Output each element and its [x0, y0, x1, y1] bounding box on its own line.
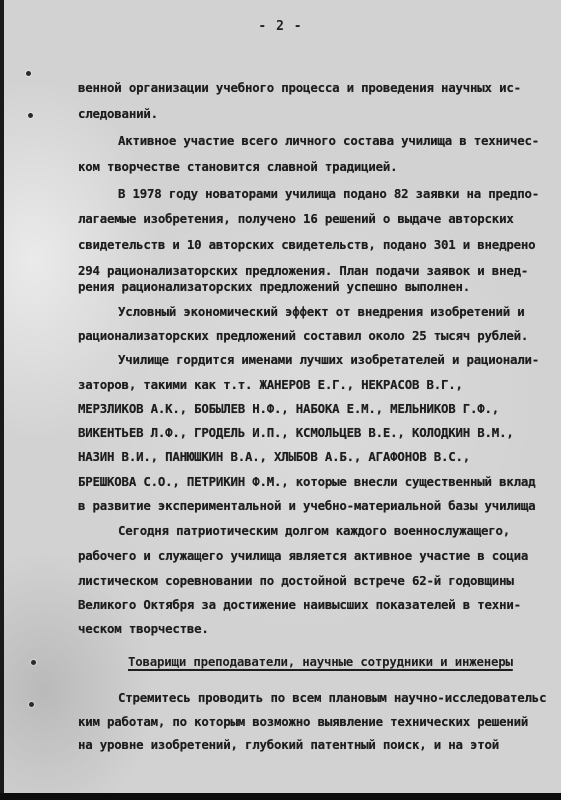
text-line: в развитие экспериментальной и учебно-ма… — [78, 498, 535, 514]
text-line: ким работам, по которым возможно выявлен… — [78, 714, 528, 730]
text-line: Сегодня патриотическим долгом каждого во… — [118, 523, 510, 539]
punch-hole-mark — [31, 660, 36, 665]
text-line: листическом соревновании по достойной вс… — [78, 573, 514, 589]
text-line: БРЕШКОВА С.О., ПЕТРИКИН Ф.М., которые вн… — [78, 474, 535, 490]
text-line: В 1978 году новаторами училища подано 82… — [118, 186, 539, 202]
text-line: венной организации учебного процесса и п… — [78, 80, 521, 96]
text-line: МЕРЗЛИКОВ А.К., БОБЫЛЕВ Н.Ф., НАБОКА Е.М… — [78, 401, 499, 417]
text-line: ВИКЕНТЬЕВ Л.Ф., ГРОДЕЛЬ И.П., КСМОЛЬЦЕВ … — [78, 425, 514, 441]
text-line: НАЗИН В.И., ПАНЮШКИН В.А., ХЛЫБОВ А.Б., … — [78, 449, 470, 465]
text-line: ком творчестве становится славной традиц… — [78, 159, 397, 175]
text-line: 294 рационализаторских предложения. План… — [78, 263, 528, 279]
page-number: - 2 - — [0, 19, 561, 34]
text-line: Активное участие всего личного состава у… — [118, 133, 539, 149]
text-line: свидетельств и 10 авторских свидетельств… — [78, 237, 535, 253]
text-line: рационализаторских предложений составил … — [78, 328, 528, 344]
text-line: Стремитесь проводить по всем плановым на… — [118, 690, 546, 706]
punch-hole-mark — [26, 71, 31, 76]
text-line: Условный экономический эффект от внедрен… — [118, 304, 525, 320]
text-line: лагаемые изобретения, получено 16 решени… — [78, 211, 514, 227]
section-heading: Товарищи преподаватели, научные сотрудни… — [128, 654, 513, 670]
scan-bottom-border — [0, 793, 561, 800]
text-line: следований. — [78, 106, 158, 122]
text-line: Великого Октября за достижение наивысших… — [78, 597, 521, 613]
text-line: рения рационализаторских предложений усп… — [78, 279, 470, 295]
text-line: рабочего и служащего училища является ак… — [78, 548, 528, 564]
punch-hole-mark — [28, 113, 33, 118]
text-line: на уровне изобретений, глубокий патентны… — [78, 737, 499, 753]
punch-hole-mark — [29, 702, 34, 707]
text-line: Училище гордится именами лучших изобрета… — [118, 352, 539, 368]
text-line: ческом творчестве. — [78, 621, 209, 637]
text-line: заторов, такими как т.т. ЖАНЕРОВ Е.Г., Н… — [78, 377, 463, 393]
